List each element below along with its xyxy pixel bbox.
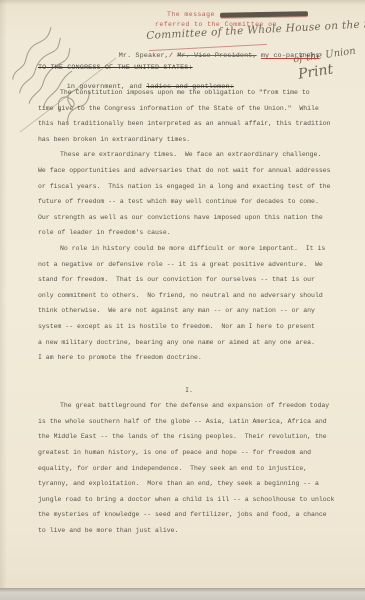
typed-line: We face opportunities and adversaries th… (38, 163, 340, 179)
typed-line: the mysteries of knowledge -- seed and f… (38, 507, 340, 523)
typed-line: the Middle East -- the lands of the risi… (38, 429, 340, 445)
typed-line: is the whole southern half of the globe … (38, 414, 340, 430)
typed-line: I. (38, 383, 340, 399)
scanned-document-page: The message referred to the Committee on… (0, 0, 365, 600)
typed-line: this has traditionally been interpreted … (38, 116, 340, 132)
paragraph: The great battleground for the defense a… (38, 398, 340, 538)
typed-line: Our strength as well as our convictions … (38, 210, 340, 226)
page-bottom-edge (0, 588, 365, 600)
stamp-text: The message (167, 11, 215, 18)
salutation-pre: Mr. Speaker, (119, 52, 169, 60)
paragraph: These are extraordinary times. We face a… (38, 147, 340, 241)
typed-line: The great battleground for the defense a… (38, 398, 340, 414)
typed-line: These are extraordinary times. We face a… (38, 147, 340, 163)
typed-line: a new military doctrine, bearing any one… (38, 335, 340, 351)
typed-line: jungle road to bring a doctor when a chi… (38, 492, 340, 508)
typed-line: or fiscal years. This nation is engaged … (38, 179, 340, 195)
struck-address-line: TO THE CONGRESS OF THE UNITED STATES: (38, 64, 193, 72)
typed-line: has been broken in extraordinary times. (38, 132, 340, 148)
typed-line: time give to the Congress information of… (38, 101, 340, 117)
typed-line: I am here to promote the freedom doctrin… (38, 350, 340, 366)
typed-line: system -- except as it is hostile to fre… (38, 319, 340, 335)
typed-line: tyranny, and exploitation. More than an … (38, 476, 340, 492)
typed-line: only commitment to others. No friend, no… (38, 288, 340, 304)
section-heading: I. (38, 383, 340, 399)
typed-line: The Constitution imposes upon me the obl… (38, 85, 340, 101)
struck-vice-president: Mr. Vice President, (177, 52, 256, 60)
typed-line: not a negative or defensive role -- it i… (38, 257, 340, 273)
paragraph: The Constitution imposes upon me the obl… (38, 85, 340, 147)
typed-line: future of freedom -- a test which may we… (38, 194, 340, 210)
typed-line: think otherwise. We are not against any … (38, 303, 340, 319)
typed-line: No role in history could be more difficu… (38, 241, 340, 257)
typed-line: role of leader in freedom's cause. (38, 225, 340, 241)
co-partners-text: my co-partners (261, 52, 320, 60)
typed-line: greatest in human history, is one of pea… (38, 445, 340, 461)
paragraph: No role in history could be more difficu… (38, 241, 340, 366)
editor-insert-mark: / (169, 52, 173, 60)
typed-line: to live and be more than just alive. (38, 523, 340, 539)
stamp-redaction-mark (220, 11, 308, 18)
referral-stamp-line1: The message (167, 11, 308, 18)
typed-line: equality, for order and independence. Th… (38, 461, 340, 477)
typed-line: stand for freedom. That is our convictio… (38, 272, 340, 288)
document-body: The Constitution imposes upon me the obl… (38, 85, 340, 539)
